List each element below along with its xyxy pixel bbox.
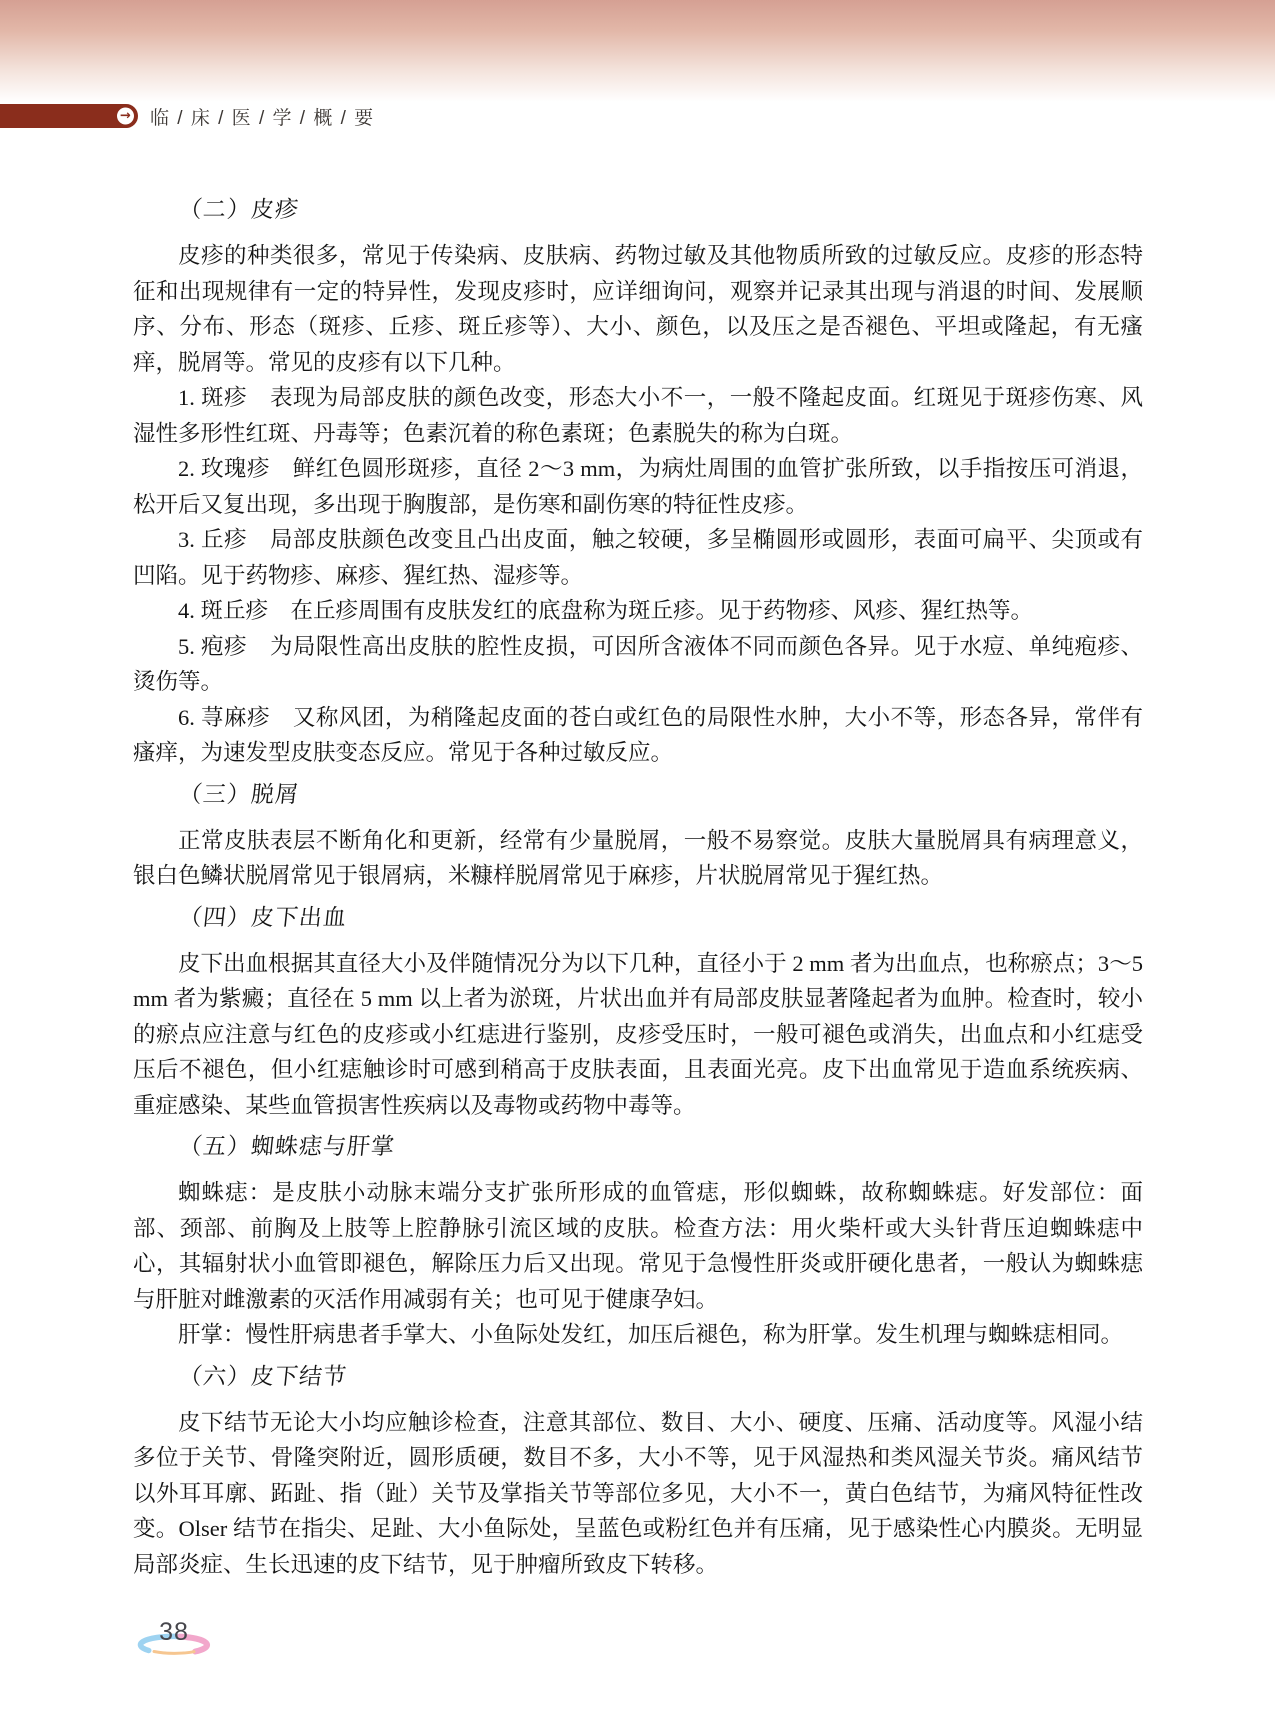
paragraph-numbered-item: 6. 荨麻疹 又称风团，为稍隆起皮面的苍白或红色的局限性水肿，大小不等，形态各异… <box>133 700 1143 771</box>
arrow-right-icon: → <box>117 108 134 125</box>
paragraph: 皮下出血根据其直径大小及伴随情况分为以下几种，直径小于 2 mm 者为出血点，也… <box>133 946 1143 1124</box>
paragraph-numbered-item: 5. 疱疹 为局限性高出皮肤的腔性皮损，可因所含液体不同而颜色各异。见于水痘、单… <box>133 629 1143 700</box>
top-gradient-band <box>0 0 1275 102</box>
section-heading-spider-nevus: （五）蜘蛛痣与肝掌 <box>133 1129 1143 1165</box>
chapter-marker-bar: → <box>0 104 138 128</box>
section-heading-text: （三）脱屑 <box>177 777 301 813</box>
running-head-title: 临 / 床 / 医 / 学 / 概 / 要 <box>150 104 375 128</box>
paragraph: 蜘蛛痣：是皮肤小动脉末端分支扩张所形成的血管痣，形似蜘蛛，故称蜘蛛痣。好发部位：… <box>133 1175 1143 1317</box>
section-heading-text: （五）蜘蛛痣与肝掌 <box>177 1129 397 1165</box>
section-heading-subcutaneous-nodules: （六）皮下结节 <box>133 1359 1143 1395</box>
paragraph: 皮下结节无论大小均应触诊检查，注意其部位、数目、大小、硬度、压痛、活动度等。风湿… <box>133 1405 1143 1583</box>
book-page: → 临 / 床 / 医 / 学 / 概 / 要 （二）皮疹 皮疹的种类很多，常见… <box>0 0 1275 1718</box>
page-number: 38 <box>132 1618 216 1647</box>
page-body: （二）皮疹 皮疹的种类很多，常见于传染病、皮肤病、药物过敏及其他物质所致的过敏反… <box>133 168 1143 1582</box>
section-heading-subcutaneous-bleeding: （四）皮下出血 <box>133 900 1143 936</box>
paragraph: 肝掌：慢性肝病患者手掌大、小鱼际处发红，加压后褪色，称为肝掌。发生机理与蜘蛛痣相… <box>133 1317 1143 1353</box>
section-heading-rash: （二）皮疹 <box>133 192 1143 228</box>
paragraph-numbered-item: 2. 玫瑰疹 鲜红色圆形斑疹，直径 2～3 mm，为病灶周围的血管扩张所致，以手… <box>133 451 1143 522</box>
section-heading-text: （四）皮下出血 <box>177 900 349 936</box>
page-number-block: 38 <box>132 1616 216 1658</box>
section-heading-text: （二）皮疹 <box>177 192 301 228</box>
paragraph-numbered-item: 3. 丘疹 局部皮肤颜色改变且凸出皮面，触之较硬，多呈椭圆形或圆形，表面可扁平、… <box>133 522 1143 593</box>
paragraph: 正常皮肤表层不断角化和更新，经常有少量脱屑，一般不易察觉。皮肤大量脱屑具有病理意… <box>133 823 1143 894</box>
section-heading-text: （六）皮下结节 <box>177 1359 349 1395</box>
paragraph-numbered-item: 4. 斑丘疹 在丘疹周围有皮肤发红的底盘称为斑丘疹。见于药物疹、风疹、猩红热等。 <box>133 593 1143 629</box>
section-heading-desquamation: （三）脱屑 <box>133 777 1143 813</box>
paragraph-numbered-item: 1. 斑疹 表现为局部皮肤的颜色改变，形态大小不一，一般不隆起皮面。红斑见于斑疹… <box>133 380 1143 451</box>
paragraph: 皮疹的种类很多，常见于传染病、皮肤病、药物过敏及其他物质所致的过敏反应。皮疹的形… <box>133 238 1143 380</box>
